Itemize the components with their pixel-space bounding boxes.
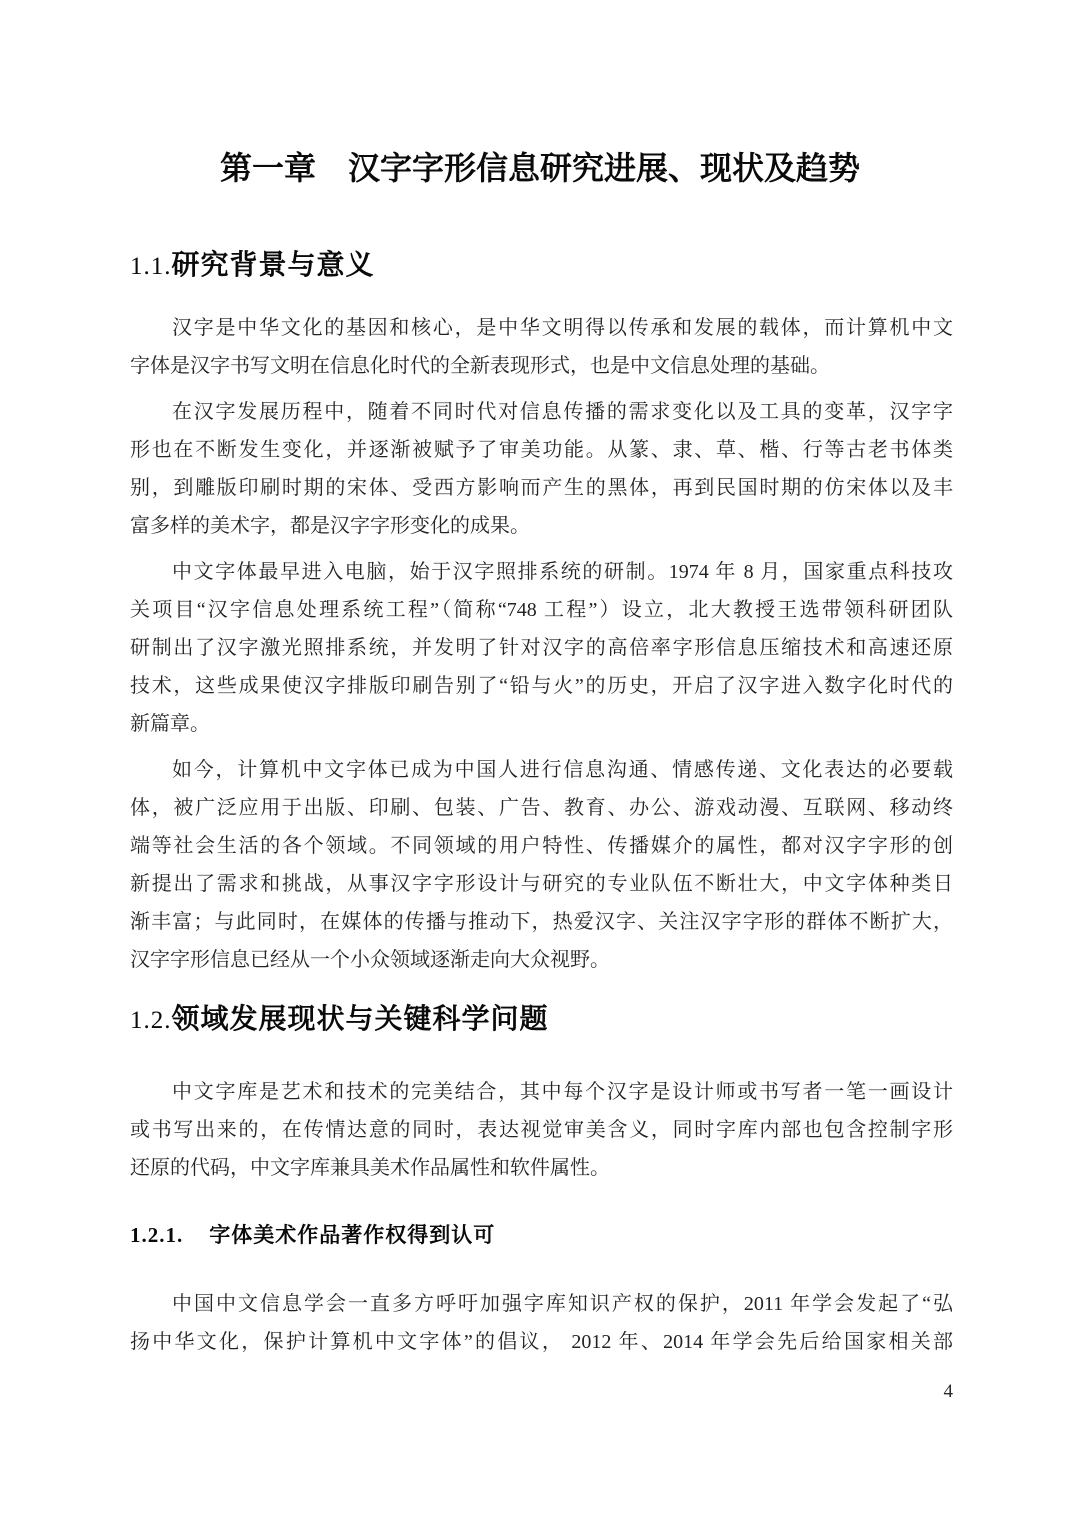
text-line: 中文字库是艺术和技术的完美结合，其中每个汉字是设计师或书写者一笔一画设计: [130, 1073, 953, 1111]
section-number: 1.1.: [130, 253, 172, 280]
section-heading-1-1: 1.1.研究背景与意义: [130, 246, 953, 289]
text-line: 关项目“汉字信息处理系统工程”（简称“748 工程”）设立，北大教授王选带领科研…: [130, 591, 953, 629]
section-number: 1.2.1.: [130, 1223, 183, 1247]
text-line: 端等社会生活的各个领域。不同领域的用户特性、传播媒介的属性，都对汉字字形的创: [130, 827, 953, 865]
paragraph: 中文字体最早进入电脑，始于汉字照排系统的研制。1974 年 8 月，国家重点科技…: [130, 553, 953, 743]
paragraph: 中文字库是艺术和技术的完美结合，其中每个汉字是设计师或书写者一笔一画设计 或书写…: [130, 1073, 953, 1187]
text-line: 研制出了汉字激光照排系统，并发明了针对汉字的高倍率字形信息压缩技术和高速还原: [130, 629, 953, 667]
chapter-title: 第一章 汉字字形信息研究进展、现状及趋势: [0, 146, 1080, 190]
text-line: 新篇章。: [130, 705, 953, 743]
text-line: 或书写出来的，在传情达意的同时，表达视觉审美含义，同时字库内部也包含控制字形: [130, 1111, 953, 1149]
text-line: 中国中文信息学会一直多方呼吁加强字库知识产权的保护，2011 年学会发起了“弘: [130, 1285, 953, 1323]
document-page: 第一章 汉字字形信息研究进展、现状及趋势 1.1.研究背景与意义 汉字是中华文化…: [0, 0, 1080, 1527]
section-number: 1.2.: [130, 1007, 172, 1034]
text-line: 新提出了需求和挑战，从事汉字字形设计与研究的专业队伍不断壮大，中文字体种类日: [130, 865, 953, 903]
page-number: 4: [130, 1380, 953, 1404]
section-label: 领域发展现状与关键科学问题: [172, 1003, 549, 1034]
text-line: 还原的代码，中文字库兼具美术作品属性和软件属性。: [130, 1149, 953, 1187]
section-label: 研究背景与意义: [172, 249, 375, 280]
section-label: 字体美术作品著作权得到认可: [209, 1224, 495, 1247]
text-line: 形也在不断发生变化，并逐渐被赋予了审美功能。从篆、隶、草、楷、行等古老书体类: [130, 431, 953, 469]
text-line: 中文字体最早进入电脑，始于汉字照排系统的研制。1974 年 8 月，国家重点科技…: [130, 553, 953, 591]
text-line: 汉字是中华文化的基因和核心，是中华文明得以传承和发展的载体，而计算机中文: [130, 309, 953, 347]
text-line: 扬中华文化，保护计算机中文字体”的倡议， 2012 年、2014 年学会先后给国…: [130, 1323, 953, 1361]
paragraph: 在汉字发展历程中，随着不同时代对信息传播的需求变化以及工具的变革，汉字字 形也在…: [130, 393, 953, 545]
section-heading-1-2: 1.2.领域发展现状与关键科学问题: [130, 1000, 953, 1043]
text-line: 渐丰富；与此同时，在媒体的传播与推动下，热爱汉字、关注汉字字形的群体不断扩大，: [130, 903, 953, 941]
text-line: 技术，这些成果使汉字排版印刷告别了“铅与火”的历史，开启了汉字进入数字化时代的: [130, 667, 953, 705]
text-line: 汉字字形信息已经从一个小众领域逐渐走向大众视野。: [130, 941, 953, 979]
paragraph: 汉字是中华文化的基因和核心，是中华文明得以传承和发展的载体，而计算机中文 字体是…: [130, 309, 953, 385]
section-heading-1-2-1: 1.2.1.字体美术作品著作权得到认可: [130, 1220, 953, 1253]
paragraph: 如今，计算机中文字体已成为中国人进行信息沟通、情感传递、文化表达的必要载 体，被…: [130, 751, 953, 979]
text-line: 在汉字发展历程中，随着不同时代对信息传播的需求变化以及工具的变革，汉字字: [130, 393, 953, 431]
paragraph: 中国中文信息学会一直多方呼吁加强字库知识产权的保护，2011 年学会发起了“弘 …: [130, 1285, 953, 1361]
text-line: 如今，计算机中文字体已成为中国人进行信息沟通、情感传递、文化表达的必要载: [130, 751, 953, 789]
text-line: 别，到雕版印刷时期的宋体、受西方影响而产生的黑体，再到民国时期的仿宋体以及丰: [130, 469, 953, 507]
text-line: 字体是汉字书写文明在信息化时代的全新表现形式，也是中文信息处理的基础。: [130, 347, 953, 385]
text-line: 体，被广泛应用于出版、印刷、包装、广告、教育、办公、游戏动漫、互联网、移动终: [130, 789, 953, 827]
text-line: 富多样的美术字，都是汉字字形变化的成果。: [130, 507, 953, 545]
